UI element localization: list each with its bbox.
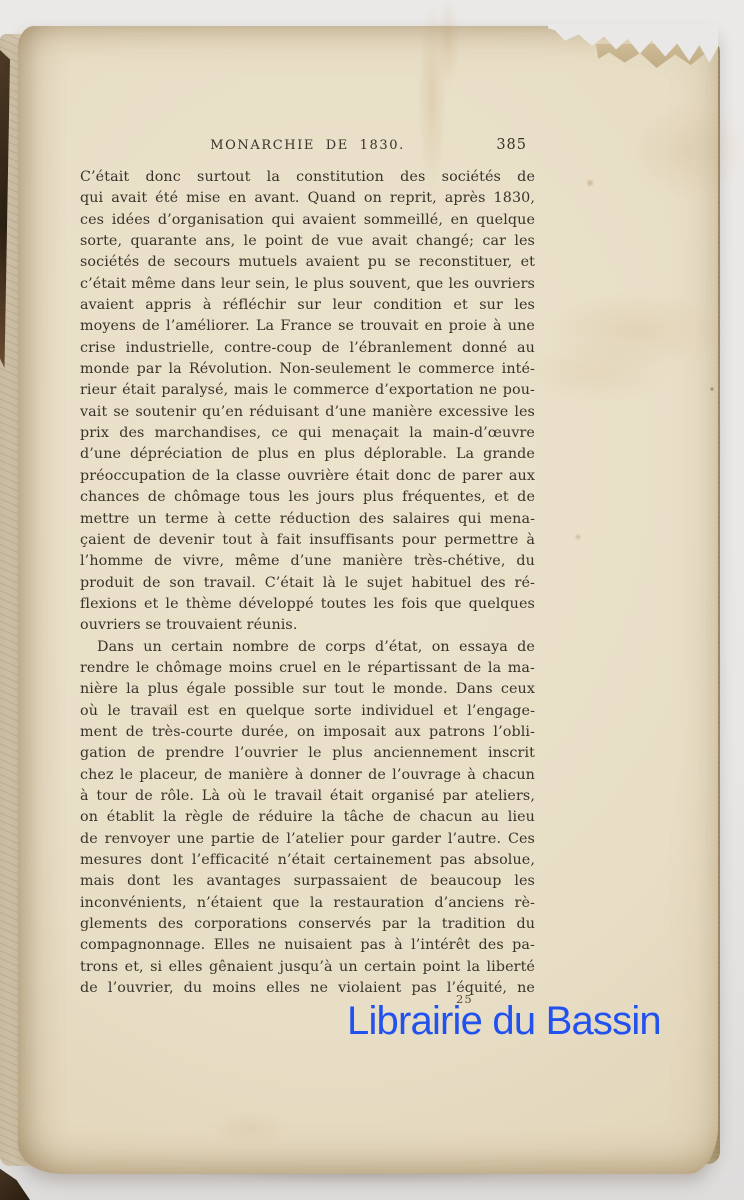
bookseller-watermark: Librairie du Bassin: [347, 999, 661, 1044]
text-line: ment de très-courte durée, on imposait a…: [80, 722, 535, 743]
text-line: vait se soutenir qu’en réduisant d’une m…: [80, 402, 535, 423]
text-line: crise industrielle, contre-coup de l’ébr…: [80, 338, 535, 359]
text-line: trons et, si elles gênaient jusqu’à un c…: [80, 957, 535, 978]
text-line: produit de son travail. C’était là le su…: [80, 573, 535, 594]
text-line: sociétés de secours mutuels avaient pu s…: [80, 252, 535, 273]
text-line: où le travail est en quelque sorte indiv…: [80, 701, 535, 722]
text-line: mesures dont l’efficacité n’était certai…: [80, 850, 535, 871]
text-line: de renvoyer une partie de l’atelier pour…: [80, 829, 535, 850]
text-line: on établit la règle de réduire la tâche …: [80, 807, 535, 828]
text-line: gation de prendre l’ouvrier le plus anci…: [80, 743, 535, 764]
text-line: sorte, quarante ans, le point de vue ava…: [80, 231, 535, 252]
text-line: monde par la Révolution. Non-seulement l…: [80, 359, 535, 380]
text-line: chez le placeur, de manière à donner de …: [80, 765, 535, 786]
text-line: compagnonnage. Elles ne nuisaient pas à …: [80, 935, 535, 956]
text-line: à tour de rôle. Là où le travail était o…: [80, 786, 535, 807]
text-line: flexions et le thème développé toutes le…: [80, 594, 535, 615]
text-line: ouvriers se trouvaient réunis.: [80, 615, 535, 636]
text-line: glements des corporations conservés par …: [80, 914, 535, 935]
text-line: çaient de devenir tout à fait insuffisan…: [80, 530, 535, 551]
text-line: mettre un terme à cette réduction des sa…: [80, 509, 535, 530]
text-line: l’homme de vivre, même d’une manière trè…: [80, 551, 535, 572]
page-number: 385: [80, 137, 527, 153]
text-line: Dans un certain nombre de corps d’état, …: [80, 637, 535, 658]
text-line: prix des marchandises, ce qui menaçait l…: [80, 423, 535, 444]
book-photo: { "colors": { "watermark_blue": "#2151ef…: [0, 0, 744, 1200]
text-line: préoccupation de la classe ouvrière étai…: [80, 466, 535, 487]
text-line: c’était même dans leur sein, le plus sou…: [80, 274, 535, 295]
body-text: C’était donc surtout la constitution des…: [80, 167, 535, 999]
text-line: nière la plus égale possible sur tout le…: [80, 679, 535, 700]
text-line: rendre le chômage moins cruel en le répa…: [80, 658, 535, 679]
text-line: C’était donc surtout la constitution des…: [80, 167, 535, 188]
text-line: inconvénients, n’étaient que la restaura…: [80, 893, 535, 914]
text-line: chances de chômage tous les jours plus f…: [80, 487, 535, 508]
text-line: d’une dépréciation de plus en plus déplo…: [80, 444, 535, 465]
text-line: ces idées d’organisation qui avaient som…: [80, 210, 535, 231]
text-line: avaient appris à réfléchir sur leur cond…: [80, 295, 535, 316]
text-line: qui avait été mise en avant. Quand on re…: [80, 188, 535, 209]
text-line: moyens de l’améliorer. La France se trou…: [80, 316, 535, 337]
text-line: rieur était paralysé, mais le commerce d…: [80, 380, 535, 401]
text-line: mais dont les avantages surpassaient de …: [80, 871, 535, 892]
